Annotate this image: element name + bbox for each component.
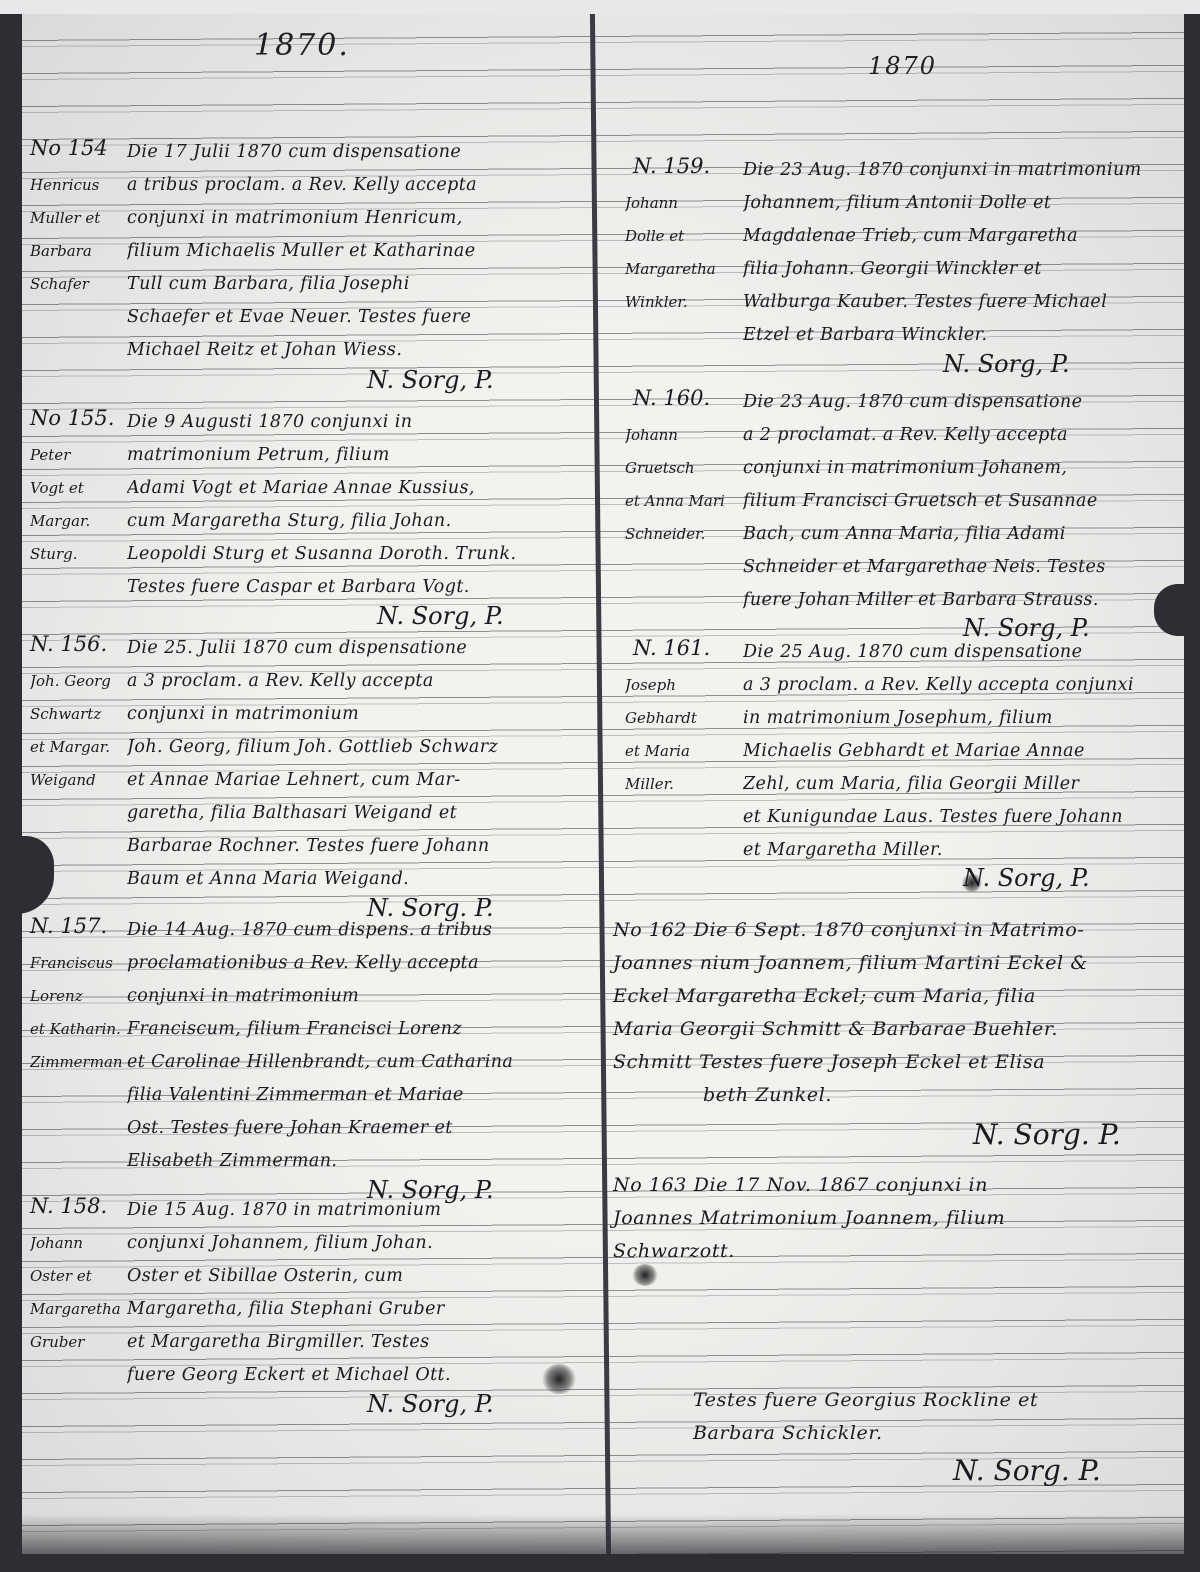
entry-line: conjunxi in matrimonium Henricum, xyxy=(127,202,584,235)
entry-line: Joh. Georg, filium Joh. Gottlieb Schwarz xyxy=(127,731,584,764)
margin-name: Joseph xyxy=(625,669,725,702)
margin-name: Weigand xyxy=(30,764,130,797)
marriage-entry-162: No 162 Die 6 Sept. 1870 conjunxi in Matr… xyxy=(613,914,1088,1112)
margin-name: Schneider. xyxy=(625,518,725,551)
entry-line: proclamationibus a Rev. Kelly accepta xyxy=(127,947,584,980)
entry-line: a 3 proclam. a Rev. Kelly accepta conjun… xyxy=(743,669,1170,702)
left-column: 1870. No 154 Henricus Muller et Barbara … xyxy=(22,14,598,1554)
margin-name: Margaretha xyxy=(625,253,725,286)
entry-line: Die 25. Julii 1870 cum dispensatione xyxy=(127,632,584,665)
entry-line: Walburga Kauber. Testes fuere Michael xyxy=(743,286,1170,319)
entry-line: Ost. Testes fuere Johan Kraemer et xyxy=(127,1112,584,1145)
entry-163-witnesses: Testes fuere Georgius Rockline et Barbar… xyxy=(693,1384,1038,1450)
entry-line: a tribus proclam. a Rev. Kelly accepta xyxy=(127,169,584,202)
priest-signature: N. Sorg, P. xyxy=(367,1390,494,1418)
priest-signature: N. Sorg. P. xyxy=(973,1118,1121,1151)
margin-name: Winkler. xyxy=(625,286,725,319)
margin-name: Johann xyxy=(625,187,725,220)
entry-line: Die 23 Aug. 1870 cum dispensatione xyxy=(743,386,1170,419)
entry-line: Die 25 Aug. 1870 cum dispensatione xyxy=(743,636,1170,669)
entry-line: Eckel Margaretha Eckel; cum Maria, filia xyxy=(613,980,1088,1013)
entry-text: Die 23 Aug. 1870 cum dispensatione a 2 p… xyxy=(743,386,1170,617)
entry-line: Michaelis Gebhardt et Mariae Annae xyxy=(743,735,1170,768)
entry-number: N. 157. xyxy=(30,914,107,938)
entry-text: Die 25 Aug. 1870 cum dispensatione a 3 p… xyxy=(743,636,1170,867)
entry-text: Die 14 Aug. 1870 cum dispens. a tribus p… xyxy=(127,914,584,1178)
entry-line: filia Valentini Zimmerman et Mariae xyxy=(127,1079,584,1112)
entry-line: Johannem, filium Antonii Dolle et xyxy=(743,187,1170,220)
entry-line: Barbarae Rochner. Testes fuere Johann xyxy=(127,830,584,863)
margin-name: Margaretha xyxy=(30,1293,130,1326)
priest-signature: N. Sorg. P. xyxy=(953,1454,1101,1487)
entry-margin-names: Henricus Muller et Barbara Schafer xyxy=(30,169,130,301)
marriage-entry-163: No 163 Die 17 Nov. 1867 conjunxi in Joan… xyxy=(613,1169,1005,1268)
entry-line: cum Margaretha Sturg, filia Johan. xyxy=(127,505,584,538)
entry-line: Baum et Anna Maria Weigand. xyxy=(127,863,584,896)
entry-margin-names: Johann Oster et Margaretha Gruber xyxy=(30,1227,130,1359)
margin-name: Schwartz xyxy=(30,698,130,731)
entry-text: Die 17 Julii 1870 cum dispensatione a tr… xyxy=(127,136,584,367)
entry-number: No 155. xyxy=(30,406,114,430)
margin-name: Barbara xyxy=(30,235,130,268)
entry-line: No 163 Die 17 Nov. 1867 conjunxi in xyxy=(613,1169,1005,1202)
entry-line: Franciscum, filium Francisci Lorenz xyxy=(127,1013,584,1046)
margin-name: Johann xyxy=(625,419,725,452)
entry-line: Joannes nium Joannem, filium Martini Eck… xyxy=(613,947,1088,980)
entry-text: Die 9 Augusti 1870 conjunxi in matrimoni… xyxy=(127,406,584,604)
entry-line: Elisabeth Zimmerman. xyxy=(127,1145,584,1178)
margin-name: Miller. xyxy=(625,768,725,801)
priest-signature: N. Sorg, P. xyxy=(377,602,504,630)
entry-line: Zehl, cum Maria, filia Georgii Miller xyxy=(743,768,1170,801)
entry-line: conjunxi in matrimonium Johanem, xyxy=(743,452,1170,485)
margin-name: et Anna Maria xyxy=(625,485,725,518)
entry-line: matrimonium Petrum, filium xyxy=(127,439,584,472)
entry-line: Die 15 Aug. 1870 in matrimonium xyxy=(127,1194,584,1227)
entry-line: fuere Johan Miller et Barbara Strauss. xyxy=(743,584,1170,617)
entry-line: filia Johann. Georgii Winckler et xyxy=(743,253,1170,286)
entry-margin-names: Johann Dolle et Margaretha Winkler. xyxy=(625,187,725,319)
entry-line: Barbara Schickler. xyxy=(693,1417,1038,1450)
page-year-heading: 1870 xyxy=(868,52,937,80)
entry-line: beth Zunkel. xyxy=(613,1079,1088,1112)
entry-line: Schwarzott. xyxy=(613,1235,1005,1268)
entry-line: Michael Reitz et Johan Wiess. xyxy=(127,334,584,367)
entry-line: Magdalenae Trieb, cum Margaretha xyxy=(743,220,1170,253)
margin-name: Lorenz xyxy=(30,980,130,1013)
right-column: 1870 N. 159. Johann Dolle et Margaretha … xyxy=(603,14,1184,1554)
entry-line: Die 9 Augusti 1870 conjunxi in xyxy=(127,406,584,439)
entry-line: fuere Georg Eckert et Michael Ott. xyxy=(127,1359,584,1392)
entry-line: et Annae Mariae Lehnert, cum Mar- xyxy=(127,764,584,797)
margin-name: Franciscus xyxy=(30,947,130,980)
entry-line: Schmitt Testes fuere Joseph Eckel et Eli… xyxy=(613,1046,1088,1079)
entry-number: No 154 xyxy=(30,136,108,160)
scan-bottom-shadow xyxy=(22,1514,1184,1554)
entry-line: Etzel et Barbara Winckler. xyxy=(743,319,1170,352)
margin-name: Joh. Georg xyxy=(30,665,130,698)
entry-number: N. 156. xyxy=(30,632,107,656)
entry-line: Joannes Matrimonium Joannem, filium xyxy=(613,1202,1005,1235)
entry-line: a 2 proclamat. a Rev. Kelly accepta xyxy=(743,419,1170,452)
entry-line: Testes fuere Caspar et Barbara Vogt. xyxy=(127,571,584,604)
entry-line: et Margaretha Miller. xyxy=(743,834,1170,867)
margin-name: Vogt et xyxy=(30,472,130,505)
entry-line: Schaefer et Evae Neuer. Testes fuere xyxy=(127,301,584,334)
entry-number: N. 159. xyxy=(633,154,710,178)
entry-text: Die 25. Julii 1870 cum dispensatione a 3… xyxy=(127,632,584,896)
entry-text: Die 15 Aug. 1870 in matrimonium conjunxi… xyxy=(127,1194,584,1392)
entry-number: N. 161. xyxy=(633,636,710,660)
entry-line: Margaretha, filia Stephani Gruber xyxy=(127,1293,584,1326)
entry-line: in matrimonium Josephum, filium xyxy=(743,702,1170,735)
margin-name: Gruber xyxy=(30,1326,130,1359)
entry-line: filium Michaelis Muller et Katharinae xyxy=(127,235,584,268)
priest-signature: N. Sorg, P. xyxy=(943,350,1070,378)
entry-line: Schneider et Margarethae Neis. Testes xyxy=(743,551,1170,584)
entry-line: Adami Vogt et Mariae Annae Kussius, xyxy=(127,472,584,505)
entry-line: et Carolinae Hillenbrandt, cum Catharina xyxy=(127,1046,584,1079)
entry-line: conjunxi in matrimonium xyxy=(127,698,584,731)
priest-signature: N. Sorg, P. xyxy=(963,864,1090,892)
entry-margin-names: Joh. Georg Schwartz et Margar. Weigand xyxy=(30,665,130,797)
margin-name: Dolle et xyxy=(625,220,725,253)
entry-line: filium Francisci Gruetsch et Susannae xyxy=(743,485,1170,518)
entry-text: Die 23 Aug. 1870 conjunxi in matrimonium… xyxy=(743,154,1170,352)
entry-line: et Kunigundae Laus. Testes fuere Johann xyxy=(743,801,1170,834)
register-page: 1870. No 154 Henricus Muller et Barbara … xyxy=(22,14,1184,1554)
entry-margin-names: Joseph Gebhardt et Maria Miller. xyxy=(625,669,725,801)
margin-name: et Maria xyxy=(625,735,725,768)
entry-line: Oster et Sibillae Osterin, cum xyxy=(127,1260,584,1293)
entry-margin-names: Franciscus Lorenz et Katharin. Zimmerman xyxy=(30,947,130,1079)
entry-line: Bach, cum Anna Maria, filia Adami xyxy=(743,518,1170,551)
entry-line: Die 17 Julii 1870 cum dispensatione xyxy=(127,136,584,169)
entry-line: conjunxi in matrimonium xyxy=(127,980,584,1013)
entry-line: et Margaretha Birgmiller. Testes xyxy=(127,1326,584,1359)
margin-name: Muller et xyxy=(30,202,130,235)
entry-number: N. 158. xyxy=(30,1194,107,1218)
entry-number: N. 160. xyxy=(633,386,710,410)
entry-line: a 3 proclam. a Rev. Kelly accepta xyxy=(127,665,584,698)
entry-line: Die 14 Aug. 1870 cum dispens. a tribus xyxy=(127,914,584,947)
margin-name: Schafer xyxy=(30,268,130,301)
margin-name: Gebhardt xyxy=(625,702,725,735)
margin-name: Zimmerman xyxy=(30,1046,130,1079)
entry-line: Die 23 Aug. 1870 conjunxi in matrimonium xyxy=(743,154,1170,187)
entry-line: garetha, filia Balthasari Weigand et xyxy=(127,797,584,830)
priest-signature: N. Sorg, P. xyxy=(367,366,494,394)
margin-name: Peter xyxy=(30,439,130,472)
entry-margin-names: Johann Gruetsch et Anna Maria Schneider. xyxy=(625,419,725,551)
scan-top-edge xyxy=(0,0,1200,14)
page-year-heading: 1870. xyxy=(254,28,350,63)
entry-line: Leopoldi Sturg et Susanna Doroth. Trunk. xyxy=(127,538,584,571)
entry-line: conjunxi Johannem, filium Johan. xyxy=(127,1227,584,1260)
margin-name: et Margar. xyxy=(30,731,130,764)
margin-name: et Katharin. xyxy=(30,1013,130,1046)
margin-name: Gruetsch xyxy=(625,452,725,485)
entry-line: Maria Georgii Schmitt & Barbarae Buehler… xyxy=(613,1013,1088,1046)
margin-name: Henricus xyxy=(30,169,130,202)
margin-name: Sturg. xyxy=(30,538,130,571)
margin-name: Oster et xyxy=(30,1260,130,1293)
margin-name: Johann xyxy=(30,1227,130,1260)
entry-line: No 162 Die 6 Sept. 1870 conjunxi in Matr… xyxy=(613,914,1088,947)
entry-margin-names: Peter Vogt et Margar. Sturg. xyxy=(30,439,130,571)
entry-line: Tull cum Barbara, filia Josephi xyxy=(127,268,584,301)
margin-name: Margar. xyxy=(30,505,130,538)
entry-line: Testes fuere Georgius Rockline et xyxy=(693,1384,1038,1417)
